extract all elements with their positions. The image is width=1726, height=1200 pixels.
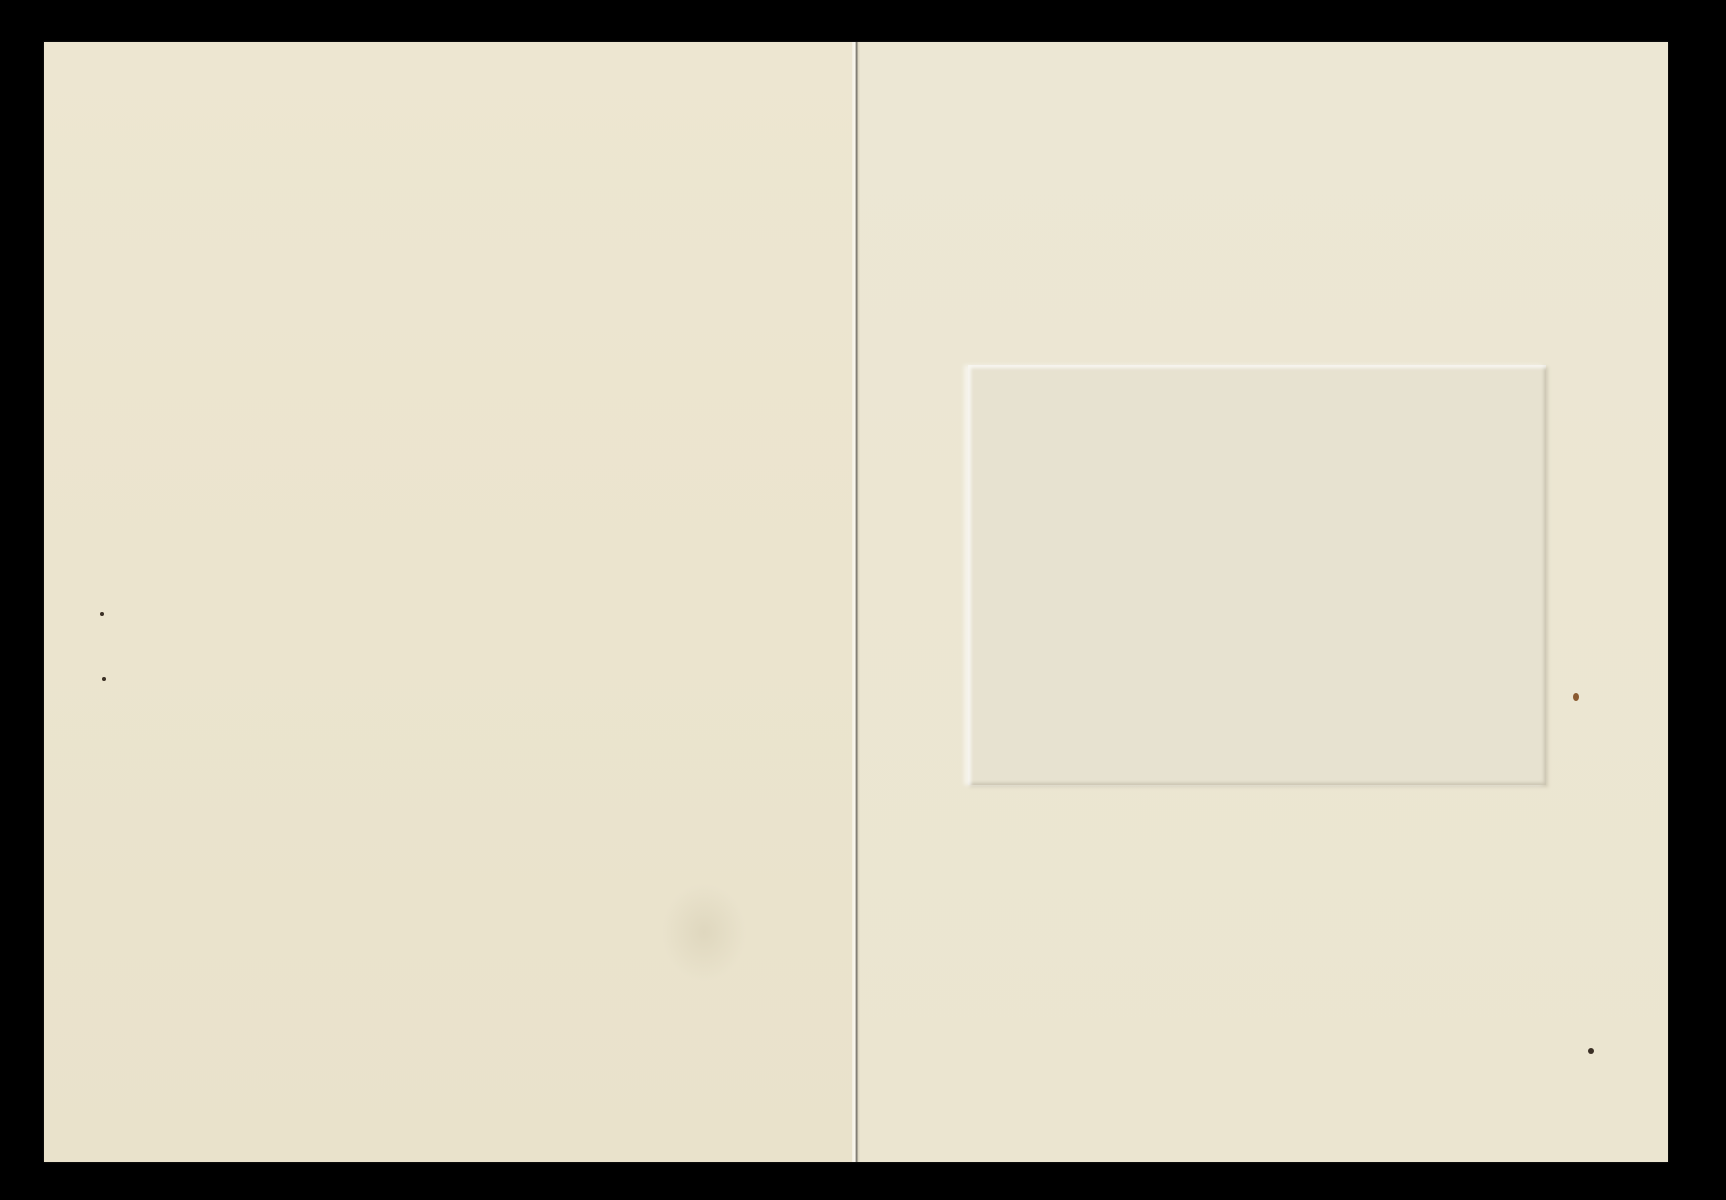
- folded-card: [44, 42, 1668, 1162]
- paper-speck: [1588, 1048, 1594, 1054]
- card-fold-crease: [852, 42, 860, 1162]
- card-left-panel: [44, 42, 855, 1162]
- paper-speck: [100, 612, 104, 616]
- paper-stain: [1573, 693, 1579, 701]
- paper-speck: [102, 677, 106, 681]
- embossed-window-panel: [968, 365, 1546, 785]
